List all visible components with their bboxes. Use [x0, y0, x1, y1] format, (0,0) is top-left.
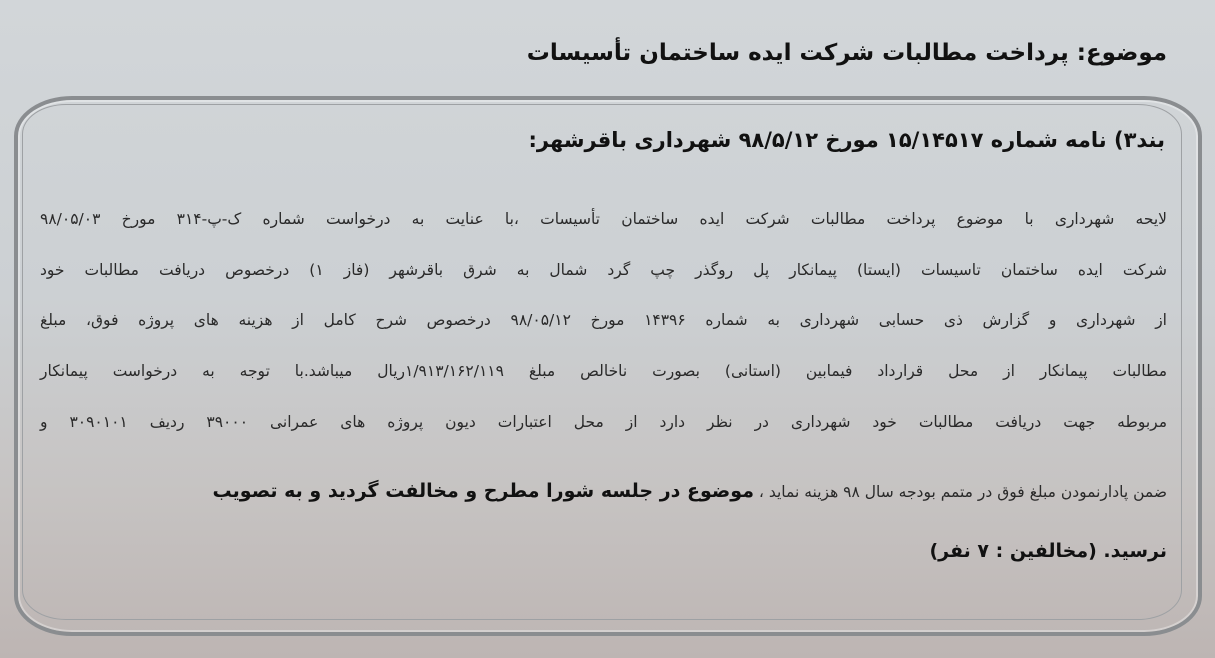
decision-result: نرسید. (مخالفین : ۷ نفر) [929, 540, 1167, 562]
body-line-2: شرکت ایده ساختمان تاسیسات (ایستا) پیمانک… [40, 261, 1167, 279]
body-line-6: ضمن پادارنمودن مبلغ فوق در متمم بودجه سا… [40, 480, 1167, 502]
body-line-5: مربوطه جهت دریافت مطالبات خود شهرداری در… [40, 413, 1167, 431]
document-page: موضوع: پرداخت مطالبات شرکت ایده ساختمان … [0, 0, 1215, 658]
body-line-6-normal: ضمن پادارنمودن مبلغ فوق در متمم بودجه سا… [759, 483, 1167, 501]
body-line-1: لایحه شهرداری با موضوع پرداخت مطالبات شر… [40, 210, 1167, 228]
body-line-3: از شهرداری و گزارش ذی حسابی شهرداری به ش… [40, 311, 1167, 329]
decision-text: موضوع در جلسه شورا مطرح و مخالفت گردید و… [213, 480, 754, 502]
body-line-4: مطالبات پیمانکار از محل قرارداد فیمابین … [40, 362, 1167, 380]
clause-title: بند۳) نامه شماره ۱۵/۱۴۵۱۷ مورخ ۹۸/۵/۱۲ ش… [529, 128, 1166, 152]
subject-heading: موضوع: پرداخت مطالبات شرکت ایده ساختمان … [527, 40, 1167, 66]
